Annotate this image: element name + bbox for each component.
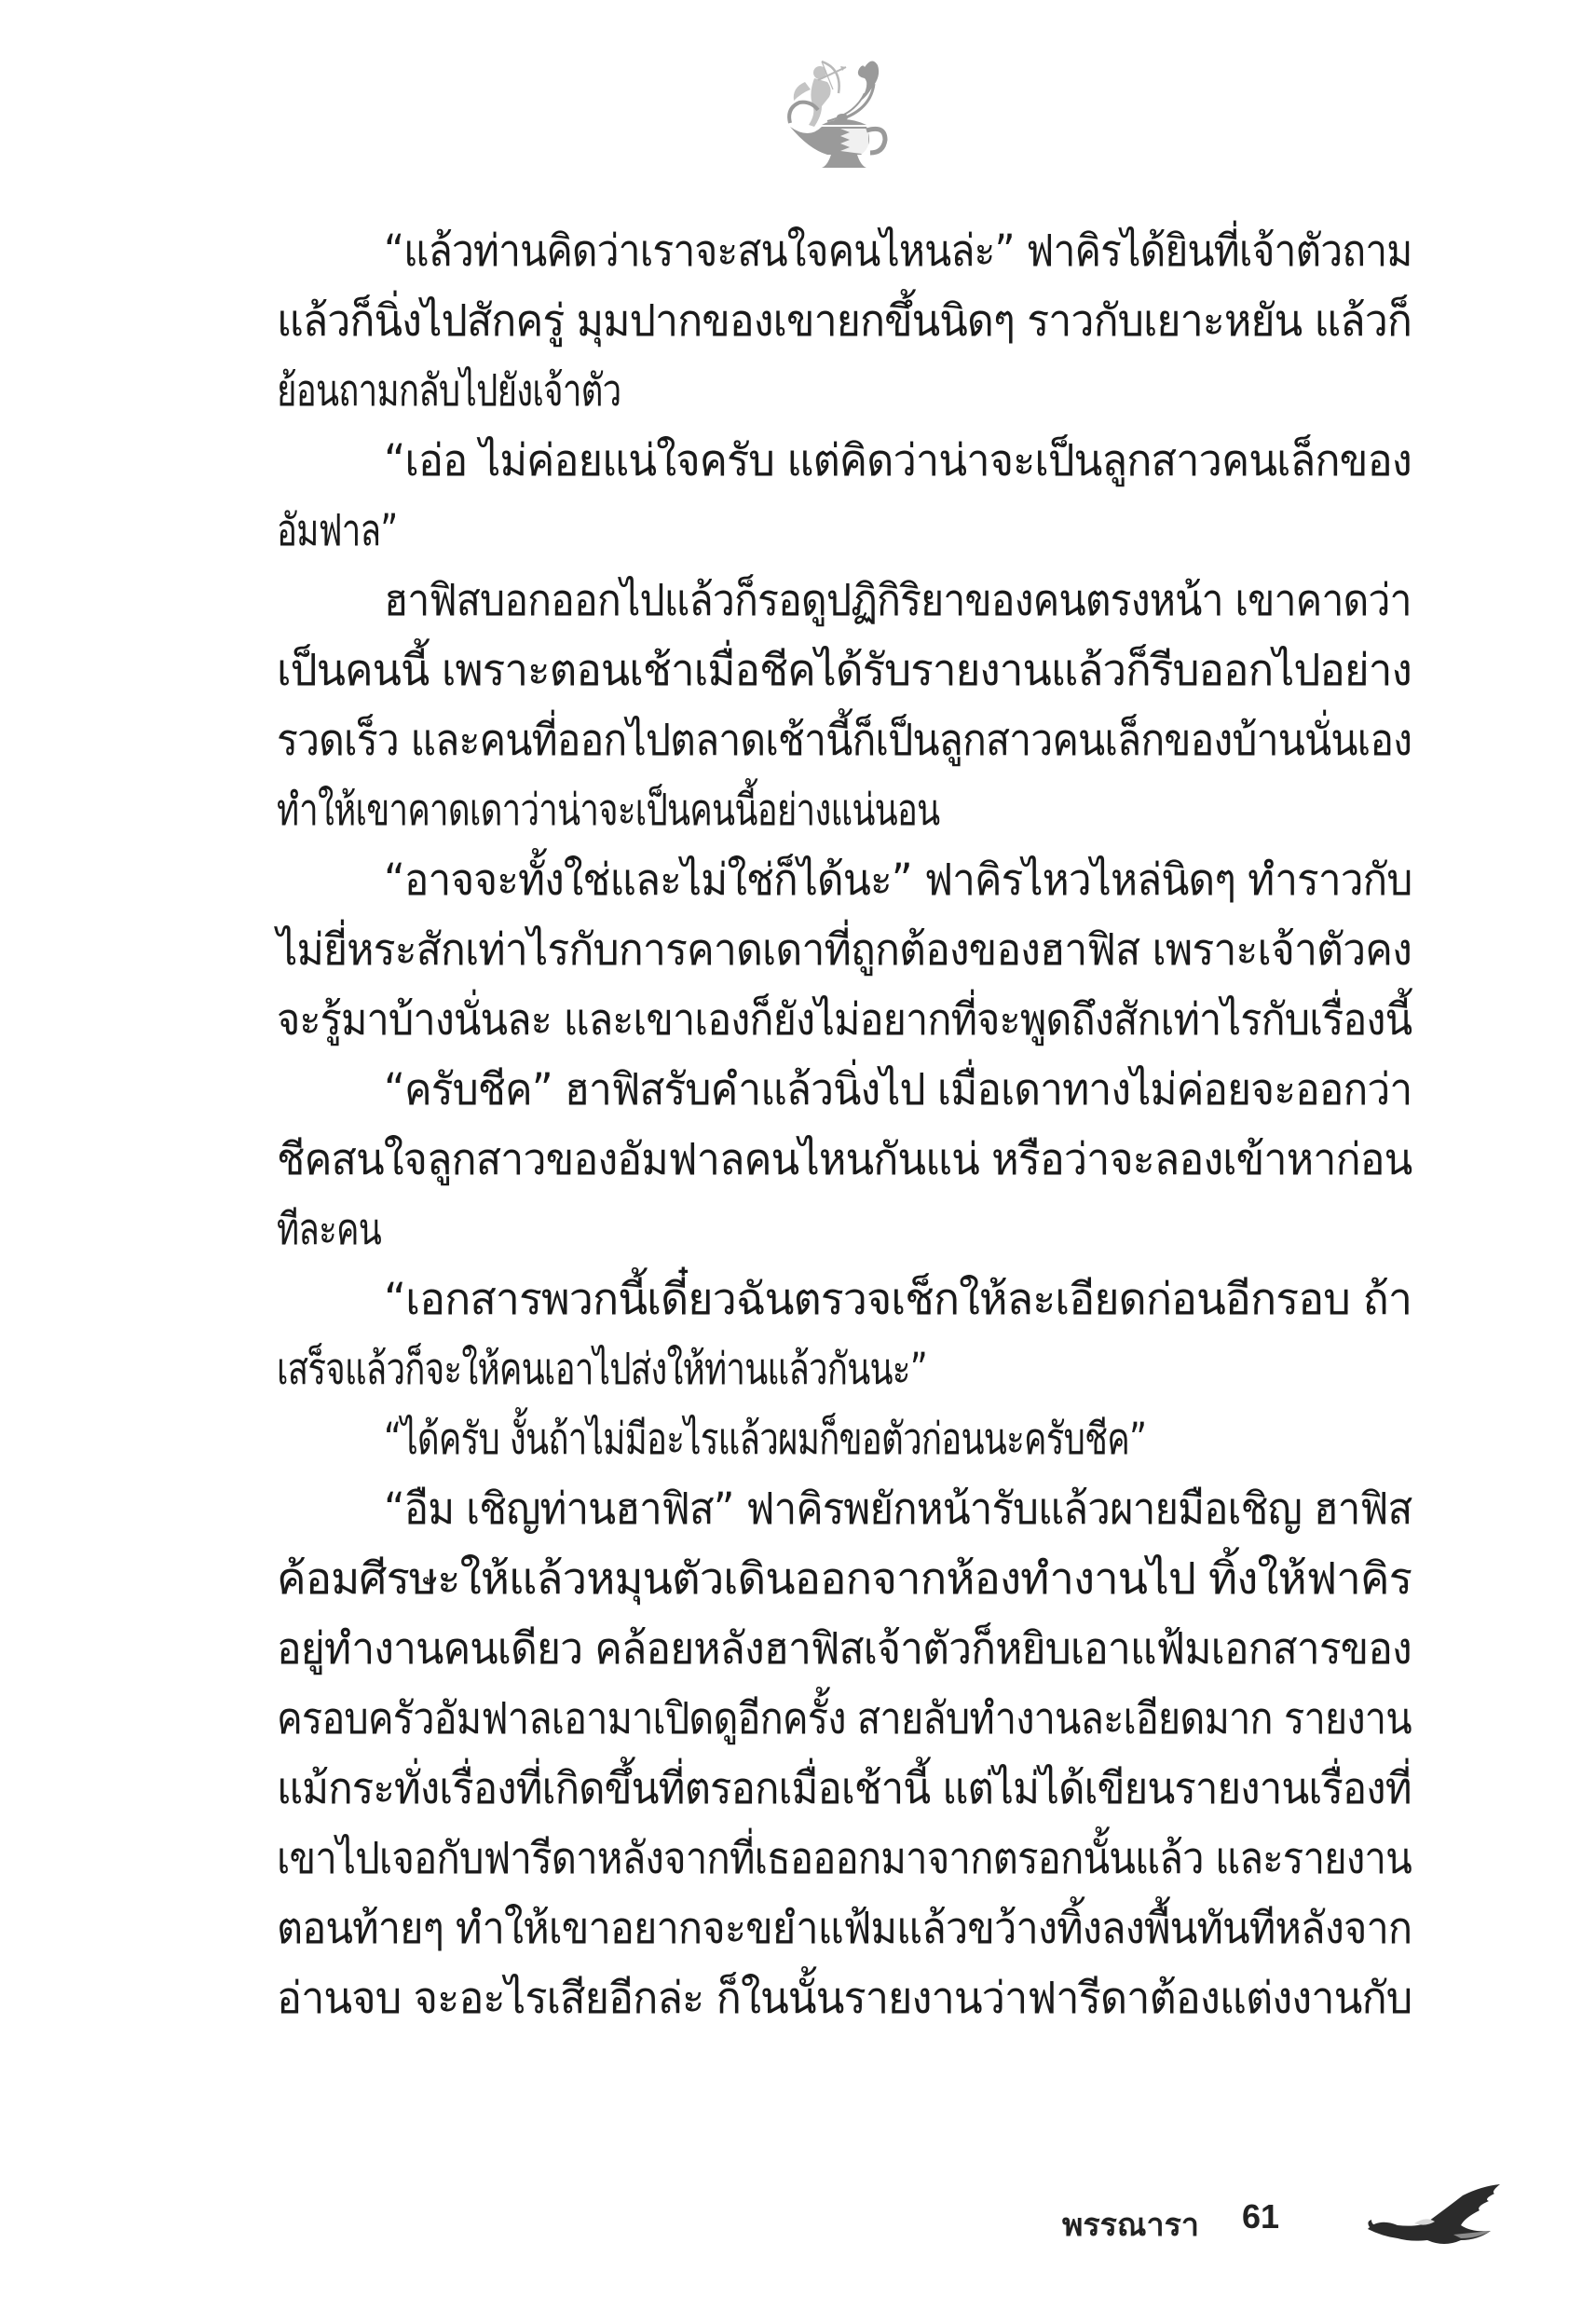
body-text: “แล้วท่านคิดว่าเราจะสนใจคนไหนล่ะ” ฟาคิรไ… (277, 216, 1412, 2033)
text-line: อัมฟาล” (277, 496, 1412, 566)
text-line-content: อ่านจบ จะอะไรเสียอีกล่ะ ก็ในนั้นรายงานว่… (277, 1963, 1412, 2033)
text-line: แม้กระทั่งเรื่องที่เกิดขึ้นที่ตรอกเมื่อเ… (277, 1754, 1412, 1824)
text-line: เสร็จแล้วก็จะให้คนเอาไปส่งให้ท่านแล้วกัน… (277, 1334, 1412, 1404)
text-line-content: อยู่ทำงานคนเดียว คล้อยหลังฮาฟิสเจ้าตัวก็… (277, 1614, 1412, 1684)
text-line: ชีคสนใจลูกสาวของอัมฟาลคนไหนกันแน่ หรือว่… (277, 1125, 1412, 1195)
text-line-content: เสร็จแล้วก็จะให้คนเอาไปส่งให้ท่านแล้วกัน… (277, 1334, 927, 1404)
text-line-content: เขาไปเจอกับฟารีดาหลังจากที่เธอออกมาจากตร… (277, 1824, 1412, 1894)
text-line-content: รวดเร็ว และคนที่ออกไปตลาดเช้านี้ก็เป็นลู… (277, 705, 1412, 775)
text-line-content: “อาจจะทั้งใช่และไม่ใช่ก็ได้นะ” ฟาคิรไหวไ… (384, 845, 1412, 915)
text-line-content: ค้อมศีรษะให้แล้วหมุนตัวเดินออกจากห้องทำง… (277, 1544, 1412, 1614)
text-line: รวดเร็ว และคนที่ออกไปตลาดเช้านี้ก็เป็นลู… (277, 705, 1412, 775)
text-line-content: ชีคสนใจลูกสาวของอัมฟาลคนไหนกันแน่ หรือว่… (277, 1125, 1412, 1195)
text-line: “เอ่อ ไม่ค่อยแน่ใจครับ แต่คิดว่าน่าจะเป็… (277, 426, 1412, 496)
text-line: “อืม เชิญท่านฮาฟิส” ฟาคิรพยักหน้ารับแล้ว… (277, 1474, 1412, 1544)
text-line-content: แม้กระทั่งเรื่องที่เกิดขึ้นที่ตรอกเมื่อเ… (277, 1754, 1412, 1824)
text-line-content: “เอกสารพวกนี้เดี๋ยวฉันตรวจเช็กให้ละเอียด… (384, 1265, 1412, 1334)
text-line: อยู่ทำงานคนเดียว คล้อยหลังฮาฟิสเจ้าตัวก็… (277, 1614, 1412, 1684)
page-footer: พรรณารา 61 (1062, 2181, 1491, 2255)
text-line: เป็นคนนี้ เพราะตอนเช้าเมื่อชีคได้รับรายง… (277, 636, 1412, 705)
text-line-content: “ครับชีค” ฮาฟิสรับคำแล้วนิ่งไป เมื่อเดาท… (384, 1055, 1412, 1125)
book-title: พรรณารา (1062, 2199, 1199, 2249)
page-number: 61 (1242, 2197, 1279, 2236)
text-line-content: อัมฟาล” (277, 496, 398, 566)
text-line-content: “อืม เชิญท่านฮาฟิส” ฟาคิรพยักหน้ารับแล้ว… (384, 1474, 1412, 1544)
text-line-content: ย้อนถามกลับไปยังเจ้าตัว (277, 356, 621, 426)
text-line: แล้วก็นิ่งไปสักครู่ มุมปากของเขายกขึ้นนิ… (277, 286, 1412, 356)
text-line-content: “ได้ครับ งั้นถ้าไม่มีอะไรแล้วผมก็ขอตัวก่… (384, 1404, 1146, 1474)
text-line: “เอกสารพวกนี้เดี๋ยวฉันตรวจเช็กให้ละเอียด… (277, 1265, 1412, 1334)
text-line: ทำให้เขาคาดเดาว่าน่าจะเป็นคนนี้อย่างแน่น… (277, 775, 1412, 845)
text-line: อ่านจบ จะอะไรเสียอีกล่ะ ก็ในนั้นรายงานว่… (277, 1963, 1412, 2033)
text-line-content: ทีละคน (277, 1195, 381, 1265)
text-line-content: แล้วก็นิ่งไปสักครู่ มุมปากของเขายกขึ้นนิ… (277, 286, 1412, 356)
text-line: จะรู้มาบ้างนั่นละ และเขาเองก็ยังไม่อยากท… (277, 985, 1412, 1055)
text-line-content: ฮาฟิสบอกออกไปแล้วก็รอดูปฏิกิริยาของคนตรง… (384, 566, 1412, 636)
text-line: “ได้ครับ งั้นถ้าไม่มีอะไรแล้วผมก็ขอตัวก่… (277, 1404, 1412, 1474)
text-line: ไม่ยี่หระสักเท่าไรกับการคาดเดาที่ถูกต้อง… (277, 915, 1412, 985)
text-line: “ครับชีค” ฮาฟิสรับคำแล้วนิ่งไป เมื่อเดาท… (277, 1055, 1412, 1125)
text-line: “อาจจะทั้งใช่และไม่ใช่ก็ได้นะ” ฟาคิรไหวไ… (277, 845, 1412, 915)
text-line-content: ทำให้เขาคาดเดาว่าน่าจะเป็นคนนี้อย่างแน่น… (277, 775, 939, 845)
text-line: ย้อนถามกลับไปยังเจ้าตัว (277, 356, 1412, 426)
text-line: เขาไปเจอกับฟารีดาหลังจากที่เธอออกมาจากตร… (277, 1824, 1412, 1894)
text-line: ทีละคน (277, 1195, 1412, 1265)
text-line: ตอนท้ายๆ ทำให้เขาอยากจะขยำแฟ้มแล้วขว้างท… (277, 1894, 1412, 1963)
genie-lamp-cupid-icon (781, 56, 902, 177)
text-line-content: ไม่ยี่หระสักเท่าไรกับการคาดเดาที่ถูกต้อง… (277, 915, 1412, 985)
text-line-content: เป็นคนนี้ เพราะตอนเช้าเมื่อชีคได้รับรายง… (277, 636, 1412, 705)
text-line-content: จะรู้มาบ้างนั่นละ และเขาเองก็ยังไม่อยากท… (277, 985, 1412, 1055)
text-line-content: “เอ่อ ไม่ค่อยแน่ใจครับ แต่คิดว่าน่าจะเป็… (384, 426, 1412, 496)
text-line-content: ตอนท้ายๆ ทำให้เขาอยากจะขยำแฟ้มแล้วขว้างท… (277, 1894, 1412, 1963)
eagle-icon (1360, 2181, 1509, 2255)
text-line-content: “แล้วท่านคิดว่าเราจะสนใจคนไหนล่ะ” ฟาคิรไ… (384, 216, 1412, 286)
text-line: ค้อมศีรษะให้แล้วหมุนตัวเดินออกจากห้องทำง… (277, 1544, 1412, 1614)
text-line-content: ครอบครัวอัมฟาลเอามาเปิดดูอีกครั้ง สายลับ… (277, 1684, 1412, 1754)
text-line: ฮาฟิสบอกออกไปแล้วก็รอดูปฏิกิริยาของคนตรง… (277, 566, 1412, 636)
text-line: ครอบครัวอัมฟาลเอามาเปิดดูอีกครั้ง สายลับ… (277, 1684, 1412, 1754)
text-line: “แล้วท่านคิดว่าเราจะสนใจคนไหนล่ะ” ฟาคิรไ… (277, 216, 1412, 286)
